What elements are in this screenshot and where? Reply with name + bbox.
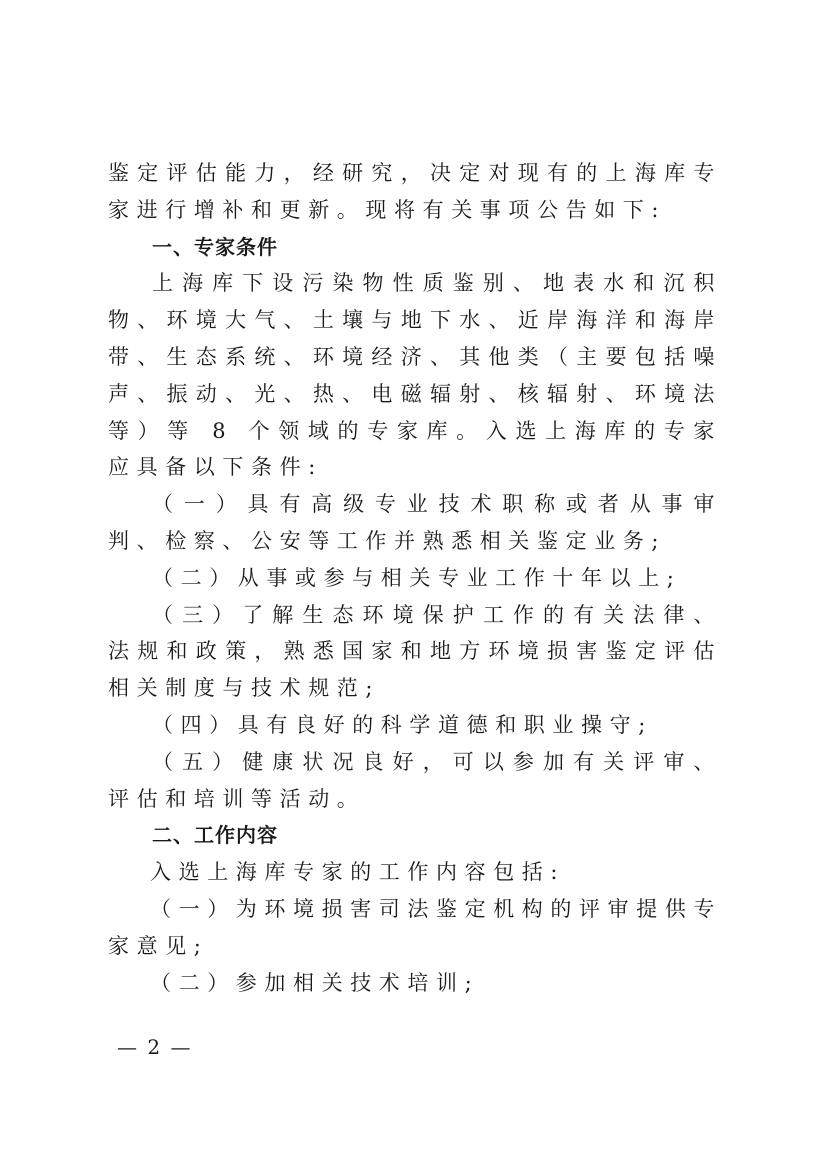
document-page: 鉴定评估能力，经研究，决定对现有的上海库专家进行增补和更新。现将有关事项公告如下… [108, 155, 722, 1001]
paragraph-intro: 鉴定评估能力，经研究，决定对现有的上海库专家进行增补和更新。现将有关事项公告如下… [108, 155, 722, 229]
condition-1: （一）具有高级专业技术职称或者从事审判、检察、公安等工作并熟悉相关鉴定业务; [108, 486, 722, 560]
paragraph-domains: 上海库下设污染物性质鉴别、地表水和沉积物、环境大气、土壤与地下水、近岸海洋和海岸… [108, 265, 722, 486]
condition-4: （四）具有良好的科学道德和职业操守; [108, 707, 722, 744]
work-item-1: （一）为环境损害司法鉴定机构的评审提供专家意见; [108, 891, 722, 965]
heading-work-content: 二、工作内容 [108, 817, 722, 854]
condition-2: （二）从事或参与相关专业工作十年以上; [108, 560, 722, 597]
page-number: — 2 — [117, 1035, 192, 1059]
condition-3: （三）了解生态环境保护工作的有关法律、法规和政策，熟悉国家和地方环境损害鉴定评估… [108, 597, 722, 707]
heading-expert-conditions: 一、专家条件 [108, 229, 722, 266]
work-content-intro: 入选上海库专家的工作内容包括: [108, 854, 722, 891]
condition-5: （五）健康状况良好，可以参加有关评审、评估和培训等活动。 [108, 744, 722, 818]
work-item-2: （二）参加相关技术培训; [108, 965, 722, 1002]
